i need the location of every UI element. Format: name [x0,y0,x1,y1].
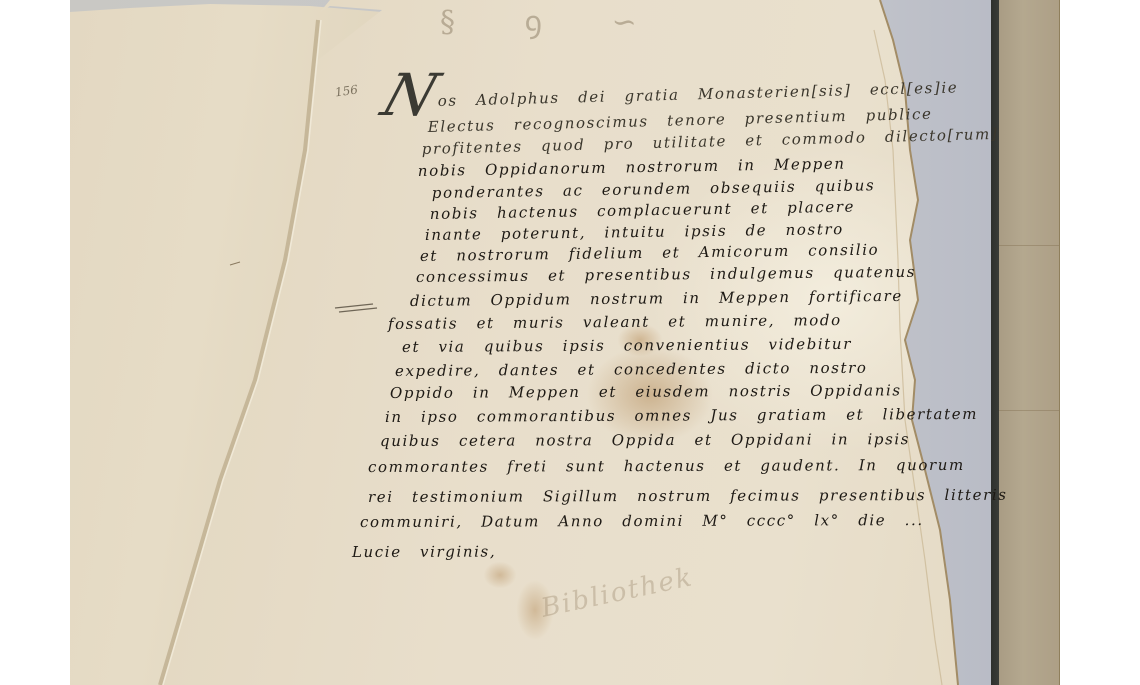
text-line: communiri, Datum Anno domini M° cccc° lx… [360,511,924,531]
text-line: nobis hactenus complacuerunt et placere [430,198,855,223]
text-line: et nostrorum fidelium et Amicorum consil… [420,241,880,265]
text-line: quibus cetera nostra Oppida et Oppidani … [380,430,910,450]
text-line: nobis Oppidanorum nostrorum in Meppen [418,155,846,180]
text-line: dictum Oppidum nostrum in Meppen fortifi… [410,287,903,310]
text-line: fossatis et muris valeant et munire, mod… [388,311,842,333]
text-line: in ipso commorantibus omnes Jus gratiam … [385,405,978,426]
charter-text: os Adolphus dei gratia Monasterien[sis] … [0,0,1140,685]
text-line: concessimus et presentibus indulgemus qu… [416,263,916,286]
text-line: et via quibus ipsis convenientius videbi… [402,335,852,356]
text-line: rei testimonium Sigillum nostrum fecimus… [368,486,1008,506]
text-line: commorantes freti sunt hactenus et gaude… [368,456,965,476]
text-line: Oppido in Meppen et eiusdem nostris Oppi… [390,381,902,402]
text-line: expedire, dantes et concedentes dicto no… [395,359,868,380]
text-line: Lucie virginis, [352,542,496,561]
text-line: inante poterunt, intuitu ipsis de nostro [425,220,844,244]
